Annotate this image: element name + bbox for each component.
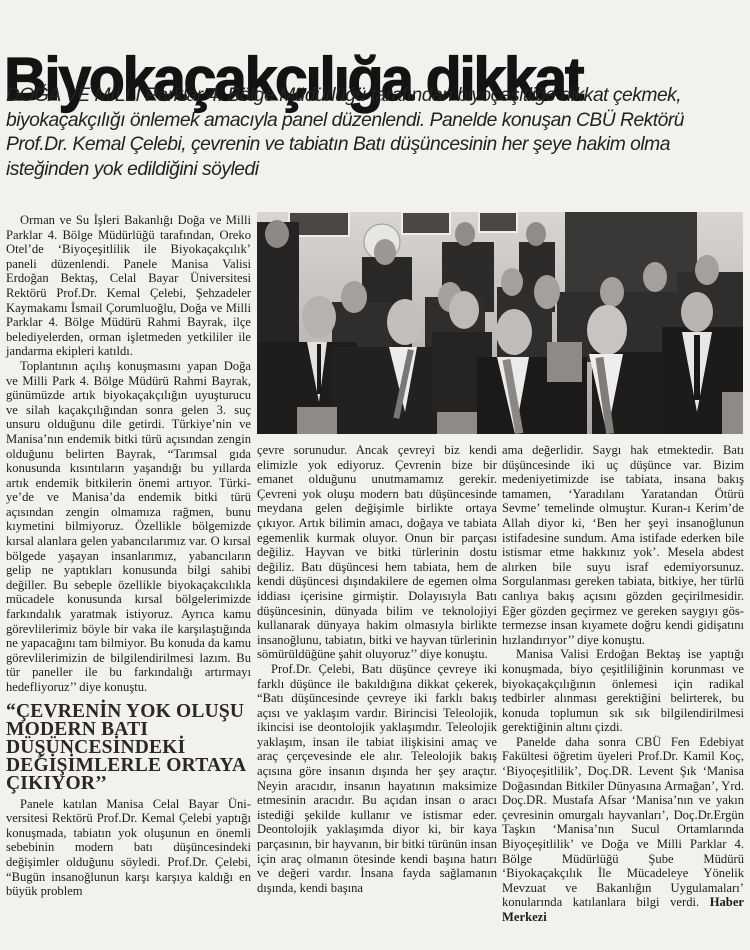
article-column-1: Orman ve Su İşleri Bakanlığı Doğa ve Mil… xyxy=(6,213,251,899)
subheading: “ÇEVRENİN YOK OLUŞU MODERN BATI DÜŞÜNCES… xyxy=(6,703,251,793)
paragraph: Panele katılan Manisa Celal Bayar Üni­ve… xyxy=(6,797,251,899)
paragraph-text: Panelde daha sonra CBÜ Fen Edebiyat Fakü… xyxy=(502,735,744,910)
article-column-3: ama değerlidir. Saygı hak etmektedir. Ba… xyxy=(502,443,744,925)
paragraph: Orman ve Su İşleri Bakanlığı Doğa ve Mil… xyxy=(6,213,251,359)
paragraph: Toplantının açılış konuşmasını yapan Doğ… xyxy=(6,359,251,695)
paragraph: Prof.Dr. Çelebi, Batı düşünce çevreye ik… xyxy=(257,662,497,896)
paragraph: Panelde daha sonra CBÜ Fen Edebiyat Fakü… xyxy=(502,735,744,925)
article-photo: photo-of-panel-attendees xyxy=(257,212,743,434)
photo-illustration xyxy=(257,212,743,434)
paragraph: çevre sorunudur. Ancak çevreyi biz kendi… xyxy=(257,443,497,662)
deck-summary: DOĞA VE MİLLİ Parklar 4. Bölge Müdürlüğü… xyxy=(6,84,746,182)
paragraph: Manisa Valisi Erdoğan Bektaş ise yap­tığ… xyxy=(502,647,744,735)
article-column-2: çevre sorunudur. Ancak çevreyi biz kendi… xyxy=(257,443,497,895)
paragraph: ama değerlidir. Saygı hak etmektedir. Ba… xyxy=(502,443,744,647)
